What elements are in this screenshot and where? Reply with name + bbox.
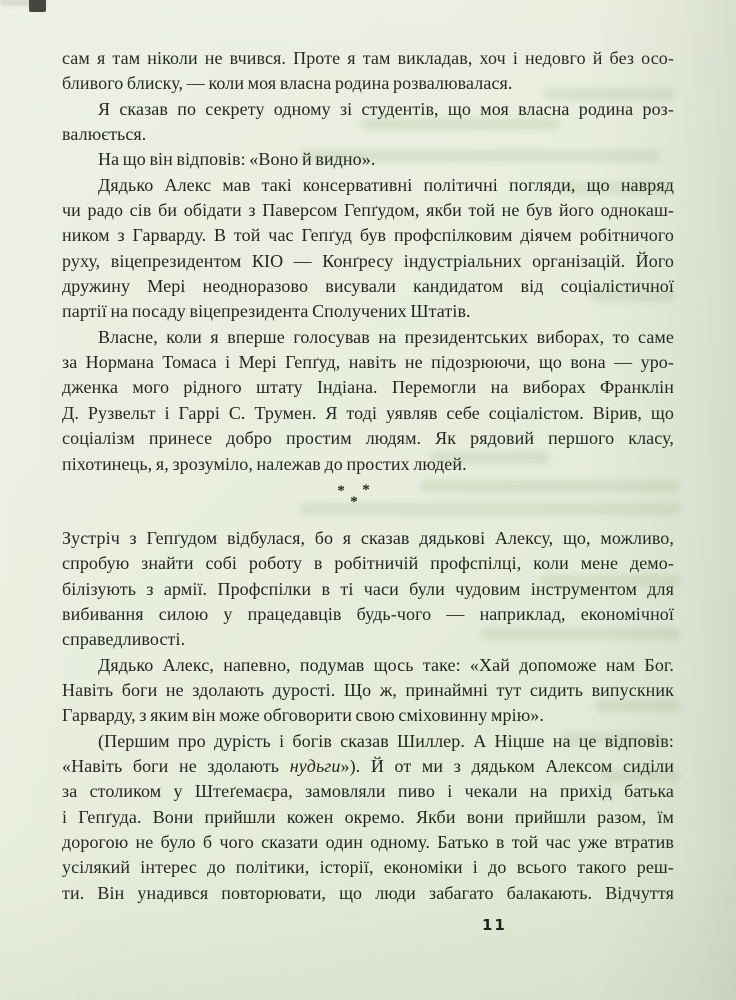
text-line: дружину Мері неодноразово висували канди… <box>62 274 674 299</box>
text-line: Гарварду, з яким він може обговорити сво… <box>62 703 674 728</box>
text-line: за Нормана Томаса і Мері Гепґуд, навіть … <box>62 350 674 375</box>
text-line: (Першим про дурість і богів сказав Шилле… <box>62 729 674 754</box>
text-line: Навіть боги не здолають дурості. Що ж, п… <box>62 678 674 703</box>
text-line: Дядько Алекс, напевно, подумав щось таке… <box>62 653 674 678</box>
text-line: руху, віцепрезидентом КІО — Конґресу інд… <box>62 249 674 274</box>
text-line: чи радо сів би обідати з Паверсом Гепґуд… <box>62 198 674 223</box>
text-line: партії на посаду віцепрезидента Сполучен… <box>62 299 674 324</box>
text-line: усілякий інтерес до політики, історії, е… <box>62 855 674 880</box>
page-number: 11 <box>482 916 507 934</box>
text-segment: »). Й от ми з дядьком Алексом сиділи <box>340 756 674 776</box>
italic-text: нудьги <box>290 756 341 776</box>
text-line: Зустріч з Гепґудом відбулася, бо я сказа… <box>62 526 674 551</box>
text-line: ти. Він унадився повторювати, що люди за… <box>62 881 674 906</box>
text-line: валюється. <box>62 122 674 147</box>
text-line: ником з Гарварду. В той час Гепґуд був п… <box>62 223 674 248</box>
asterisk-icon: * <box>335 485 347 497</box>
text-line: дженка мого рідного штату Індіана. Перем… <box>62 375 674 400</box>
show-through-smudge <box>420 480 680 492</box>
text-line: піхотинець, я, зрозуміло, належав до про… <box>62 452 674 477</box>
text-line: вибивання силою у працедавців будь-чого … <box>62 602 674 627</box>
text-line: дорогою не було б чого сказати один одно… <box>62 830 674 855</box>
text-block-1: сам я там ніколи не вчився. Проте я там … <box>62 46 674 477</box>
text-line: соціалізм принесе добро простим людям. Я… <box>62 426 674 451</box>
scan-artifact-mark <box>29 0 46 12</box>
text-block-2: Зустріч з Гепґудом відбулася, бо я сказа… <box>62 526 674 906</box>
text-line: Я сказав по секрету одному зі студентів,… <box>62 97 674 122</box>
text-line: білізують з армії. Профспілки в ті часи … <box>62 577 674 602</box>
text-line: і Гепґуда. Вони прийшли кожен окремо. Як… <box>62 805 674 830</box>
text-line: Дядько Алекс мав такі консервативні полі… <box>62 173 674 198</box>
text-line: сам я там ніколи не вчився. Проте я там … <box>62 46 674 71</box>
asterisk-icon: * <box>360 484 372 496</box>
text-line: «Навіть боги не здолають нудьги»). Й от … <box>62 754 674 779</box>
text-line: Д. Рузвельт і Гаррі С. Трумен. Я тоді уя… <box>62 401 674 426</box>
text-line: Власне, коли я вперше голосував на прези… <box>62 325 674 350</box>
text-line: справедливості. <box>62 627 674 652</box>
text-line: за столиком у Штеґемаєра, замовляли пиво… <box>62 779 674 804</box>
text-line: На що він відповів: «Воно й видно». <box>62 147 674 172</box>
book-page: сам я там ніколи не вчився. Проте я там … <box>0 0 736 1000</box>
text-line: спробую знайти собі роботу в робітничій … <box>62 551 674 576</box>
asterisk-icon: * <box>348 496 360 508</box>
text-segment: «Навіть боги не здолають <box>62 756 290 776</box>
text-line: бливого блиску, — коли моя власна родина… <box>62 71 674 96</box>
